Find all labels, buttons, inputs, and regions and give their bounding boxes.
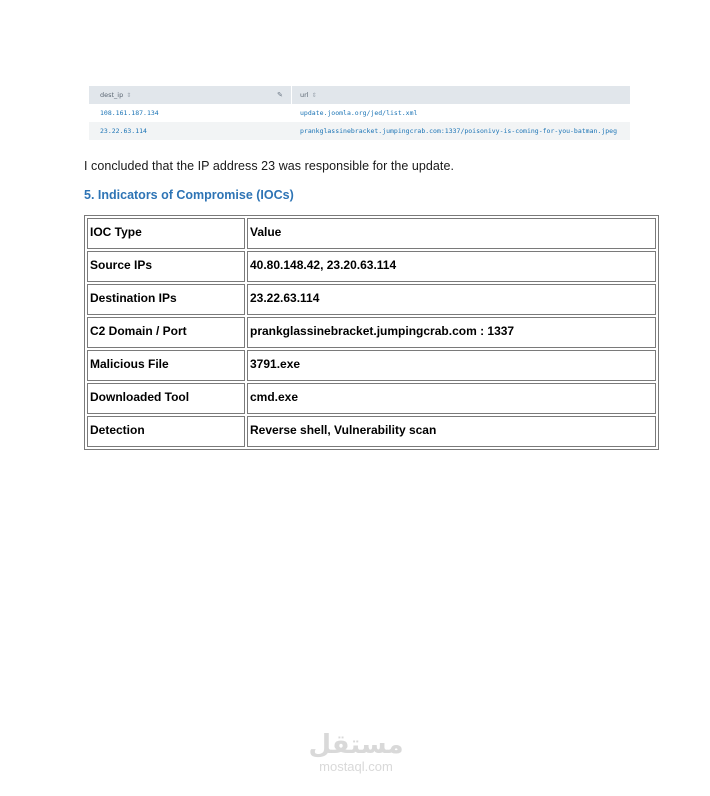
ioc-value: 40.80.148.42, 23.20.63.114 (247, 251, 656, 282)
ioc-header-value: Value (247, 218, 656, 249)
column-label: url (300, 91, 309, 99)
column-header-dest-ip[interactable]: dest_ip ⇕ ✎ (89, 86, 292, 104)
table-row: Downloaded Tool cmd.exe (87, 383, 656, 414)
table-row: Malicious File 3791.exe (87, 350, 656, 381)
watermark-arabic: مستقل (296, 730, 416, 760)
table-row: 23.22.63.114 prankglassinebracket.jumpin… (89, 122, 630, 140)
ioc-type: Source IPs (87, 251, 245, 282)
cell-url[interactable]: update.joomla.org/jed/list.xml (292, 104, 630, 122)
ioc-type: Downloaded Tool (87, 383, 245, 414)
conclusion-paragraph: I concluded that the IP address 23 was r… (84, 159, 454, 173)
column-label: dest_ip (100, 91, 123, 99)
table-row: Detection Reverse shell, Vulnerability s… (87, 416, 656, 447)
table-row: 108.161.187.134 update.joomla.org/jed/li… (89, 104, 630, 122)
ioc-header-type: IOC Type (87, 218, 245, 249)
ioc-type: Detection (87, 416, 245, 447)
sort-icon[interactable]: ⇕ (126, 92, 131, 99)
cell-dest-ip[interactable]: 108.161.187.134 (89, 104, 292, 122)
results-header-row: dest_ip ⇕ ✎ url ⇕ (89, 86, 630, 104)
ioc-value: 23.22.63.114 (247, 284, 656, 315)
ioc-type: Destination IPs (87, 284, 245, 315)
sort-icon[interactable]: ⇕ (312, 92, 317, 99)
ioc-value: prankglassinebracket.jumpingcrab.com : 1… (247, 317, 656, 348)
ioc-value: cmd.exe (247, 383, 656, 414)
table-row: C2 Domain / Port prankglassinebracket.ju… (87, 317, 656, 348)
ioc-value: Reverse shell, Vulnerability scan (247, 416, 656, 447)
mostaql-watermark: مستقل mostaql.com (296, 730, 416, 774)
ioc-header-row: IOC Type Value (87, 218, 656, 249)
ioc-value: 3791.exe (247, 350, 656, 381)
section-heading: 5. Indicators of Compromise (IOCs) (84, 188, 294, 202)
ioc-type: Malicious File (87, 350, 245, 381)
table-row: Destination IPs 23.22.63.114 (87, 284, 656, 315)
ioc-table: IOC Type Value Source IPs 40.80.148.42, … (84, 215, 659, 450)
table-row: Source IPs 40.80.148.42, 23.20.63.114 (87, 251, 656, 282)
ioc-type: C2 Domain / Port (87, 317, 245, 348)
splunk-results-table: dest_ip ⇕ ✎ url ⇕ 108.161.187.134 update… (89, 86, 630, 140)
column-header-url[interactable]: url ⇕ (292, 86, 630, 104)
cell-url[interactable]: prankglassinebracket.jumpingcrab.com:133… (292, 122, 630, 140)
pencil-icon[interactable]: ✎ (277, 91, 283, 99)
cell-dest-ip[interactable]: 23.22.63.114 (89, 122, 292, 140)
watermark-latin: mostaql.com (296, 760, 416, 774)
